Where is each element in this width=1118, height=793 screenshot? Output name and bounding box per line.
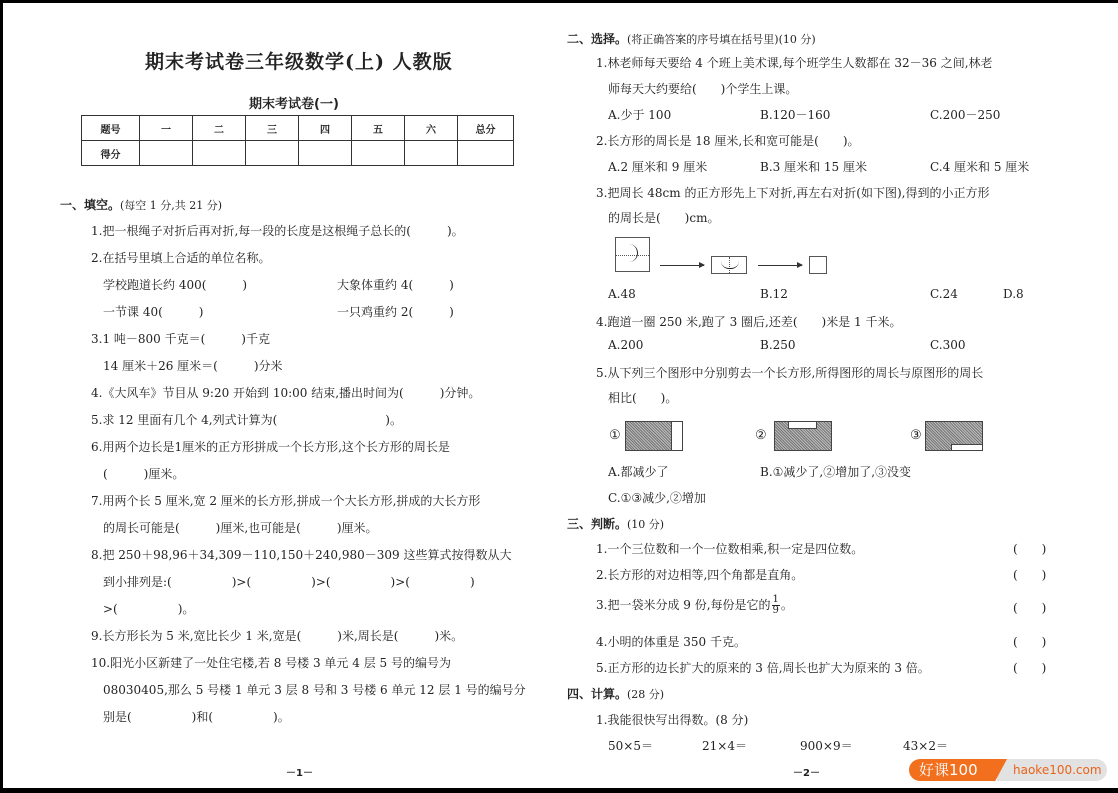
question-3-2: 2.长方形的对边相等,四个角都是直角。 [596,566,803,583]
figure-label-3: ③ [910,428,922,443]
score-cell[interactable] [352,141,405,166]
header-cell: 四 [299,116,352,141]
question-1-10-cont2: 别是( )和( )。 [103,708,290,725]
expression-4: 43×2＝ [903,737,948,754]
score-cell[interactable] [140,141,193,166]
square-result [809,256,827,274]
question-4-1: 1.我能很快写出得数。(8 分) [596,711,748,728]
question-1-2d: 一只鸡重约 2( ) [337,303,454,320]
document-title: 期末考试卷三年级数学(上) 人教版 [145,47,453,74]
exam-sheet: 期末考试卷三年级数学(上) 人教版 期末考试卷(一) 题号 一 二 三 四 五 … [3,3,1118,788]
header-cell: 一 [140,116,193,141]
question-1-8-cont: 到小排列是:( )>( )>( )>( ) [103,573,475,590]
question-1-10-cont: 08030405,那么 5 号楼 1 单元 3 层 8 号和 3 号楼 6 单元… [103,681,526,698]
question-text: 3.把一袋米分成 9 份,每份是它的 [596,598,771,612]
question-3-5: 5.正方形的边长扩大的原来的 3 倍,周长也扩大为原来的 3 倍。 [596,659,930,676]
question-2-3-cont: 的周长是( )cm。 [608,209,719,226]
square-fold-1 [615,237,650,272]
expression-3: 900×9＝ [800,737,853,754]
question-2-4: 4.跑道一圈 250 米,跑了 3 圈后,还差( )米是 1 千米。 [596,313,902,330]
header-cell: 二 [193,116,246,141]
section-title: 三、判断。 [567,517,627,531]
question-2-1-cont: 师每天大约要给( )个学生上课。 [608,80,797,97]
figure-label-2: ② [755,428,767,443]
option-2-3-c[interactable]: C.24 [930,287,958,301]
option-2-3-b[interactable]: B.12 [760,287,788,301]
question-1-6: 6.用两个边长是1厘米的正方形拼成一个长方形,这个长方形的周长是 [91,438,450,455]
question-1-10: 10.阳光小区新建了一处住宅楼,若 8 号楼 3 单元 4 层 5 号的编号为 [91,654,451,671]
question-1-2: 2.在括号里填上合适的单位名称。 [91,249,270,266]
question-3-3: 3.把一袋米分成 9 份,每份是它的19。 [596,595,793,616]
page-number-2: －2－ [793,764,820,779]
header-cell: 五 [352,116,405,141]
question-2-5-cont: 相比( )。 [608,389,677,406]
cut-region [951,444,983,451]
header-cell: 题号 [82,116,140,141]
section-note: (将正确答案的序号填在括号里)(10 分) [627,33,816,46]
section-heading-fill-blank: 一、填空。(每空 1 分,共 21 分) [60,196,222,213]
answer-paren-3-2[interactable]: ( ) [1013,566,1046,583]
question-2-3: 3.把周长 48cm 的正方形先上下对折,再左右对折(如下图),得到的小正方形 [596,184,989,201]
cut-region [788,421,817,429]
fraction-denominator: 9 [772,606,780,616]
option-2-3-a[interactable]: A.48 [608,287,636,301]
question-1-4: 4.《大风车》节目从 9:20 开始到 10:00 结束,播出时间为( )分钟。 [91,384,480,401]
header-cell: 六 [405,116,458,141]
section-title: 一、填空。 [60,198,120,212]
score-table-score-row: 得分 [82,141,514,166]
question-3-4: 4.小明的体重是 350 千克。 [596,633,746,650]
page-number-1: －1－ [286,764,313,779]
arrow-icon [660,265,704,266]
question-1-6-cont: ( )厘米。 [103,465,184,482]
section-note: (每空 1 分,共 21 分) [120,199,222,212]
option-2-1-a[interactable]: A.少于 100 [608,106,671,123]
question-2-2: 2.长方形的周长是 18 厘米,长和宽可能是( )。 [596,132,860,149]
expression-2: 21×4＝ [702,737,747,754]
option-2-5-a[interactable]: A.都减少了 [608,463,668,480]
option-2-4-c[interactable]: C.300 [930,338,965,352]
option-2-2-b[interactable]: B.3 厘米和 15 厘米 [760,158,867,175]
header-cell: 三 [246,116,299,141]
watermark-brand: 好课100 [909,759,1007,781]
question-1-8-cont2: >( )。 [103,600,194,617]
answer-paren-3-3[interactable]: ( ) [1013,599,1046,616]
section-heading-judge: 三、判断。(10 分) [567,515,664,532]
option-2-4-a[interactable]: A.200 [608,338,643,352]
option-2-4-b[interactable]: B.250 [760,338,796,352]
option-2-3-d[interactable]: D.8 [1003,287,1024,301]
question-2-1: 1.林老师每天要给 4 个班上美术课,每个班学生人数都在 32－36 之间,林老 [596,54,993,71]
option-2-2-c[interactable]: C.4 厘米和 5 厘米 [930,158,1029,175]
hatched-rectangle-1 [625,421,683,451]
question-1-7: 7.用两个长 5 厘米,宽 2 厘米的长方形,拼成一个大长方形,拼成的大长方形 [91,492,480,509]
score-table: 题号 一 二 三 四 五 六 总分 得分 [81,115,514,166]
hatched-rectangle-2 [774,421,832,451]
row-label: 得分 [82,141,140,166]
option-2-5-c[interactable]: C.①③减少,②增加 [608,489,706,506]
header-cell: 总分 [458,116,514,141]
question-1-1: 1.把一根绳子对折后再对折,每一段的长度是这根绳子总长的( )。 [91,222,464,239]
section-note: (10 分) [627,518,664,531]
score-cell[interactable] [193,141,246,166]
section-heading-choice: 二、选择。(将正确答案的序号填在括号里)(10 分) [567,30,816,47]
option-2-1-b[interactable]: B.120－160 [760,106,830,123]
option-2-5-b[interactable]: B.①减少了,②增加了,③没变 [760,463,911,480]
score-table-header-row: 题号 一 二 三 四 五 六 总分 [82,116,514,141]
question-1-2c: 一节课 40( ) [103,303,203,320]
document-subtitle: 期末考试卷(一) [249,93,339,112]
question-3-1: 1.一个三位数和一个一位数相乘,积一定是四位数。 [596,540,863,557]
question-1-7-cont: 的周长可能是( )厘米,也可能是( )厘米。 [103,519,378,536]
question-1-2b: 大象体重约 4( ) [337,276,454,293]
question-1-5: 5.求 12 里面有几个 4,列式计算为( )。 [91,411,402,428]
question-1-3b: 14 厘米＋26 厘米＝( )分米 [103,357,283,374]
question-1-2a: 学校跑道长约 400( ) [103,276,247,293]
cut-region [671,421,683,451]
answer-paren-3-5[interactable]: ( ) [1013,659,1046,676]
answer-paren-3-4[interactable]: ( ) [1013,633,1046,650]
question-1-3: 3.1 吨－800 千克＝( )千克 [91,330,270,347]
question-1-8: 8.把 250＋98,96＋34,309－110,150＋240,980－309… [91,546,511,563]
section-note: (28 分) [627,688,664,701]
watermark-badge[interactable]: 好课100 haoke100.com [909,759,1107,781]
option-2-1-c[interactable]: C.200－250 [930,106,1000,123]
question-1-9: 9.长方形长为 5 米,宽比长少 1 米,宽是( )米,周长是( )米。 [91,627,463,644]
hatched-rectangle-3 [925,421,983,451]
section-title: 四、计算。 [567,687,627,701]
score-cell[interactable] [246,141,299,166]
watermark-url: haoke100.com [997,759,1107,781]
arrow-icon [758,265,802,266]
answer-paren-3-1[interactable]: ( ) [1013,540,1046,557]
question-2-5: 5.从下列三个图形中分别剪去一个长方形,所得图形的周长与原图形的周长 [596,364,983,381]
score-cell[interactable] [405,141,458,166]
fraction: 19 [772,595,780,616]
expression-1: 50×5＝ [608,737,653,754]
figure-label-1: ① [609,428,621,443]
score-cell[interactable] [458,141,514,166]
question-suffix: 。 [781,598,793,612]
option-2-2-a[interactable]: A.2 厘米和 9 厘米 [608,158,707,175]
section-title: 二、选择。 [567,32,627,46]
section-heading-calc: 四、计算。(28 分) [567,685,664,702]
score-cell[interactable] [299,141,352,166]
rectangle-fold-2 [711,256,747,274]
